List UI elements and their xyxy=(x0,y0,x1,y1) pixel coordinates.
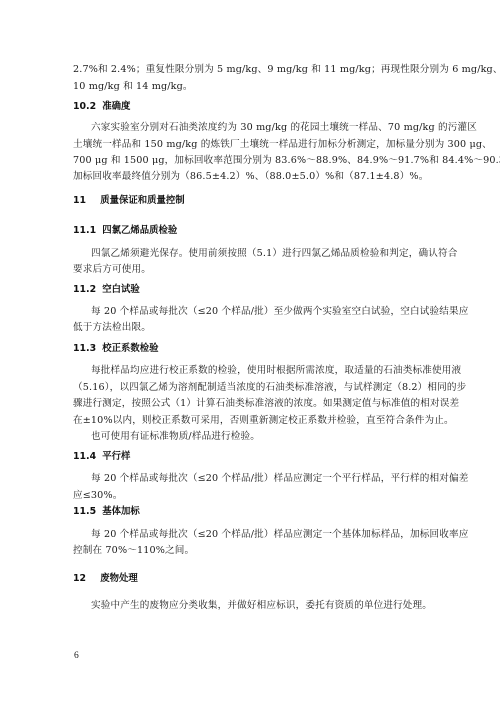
section-heading-10-2: 10.2 准确度 xyxy=(73,101,130,113)
paragraph-line: 加标回收率最终值分别为（86.5±4.2）%、（88.0±5.0）%和（87.1… xyxy=(73,171,429,183)
section-heading-11-3: 11.3 校正系数检验 xyxy=(73,343,159,355)
paragraph-line: 实验中产生的废物应分类收集，并做好相应标识，委托有资质的单位进行处理。 xyxy=(91,600,429,612)
section-title: 空白试验 xyxy=(102,284,140,295)
section-title: 基体加标 xyxy=(102,506,140,517)
section-heading-11-1: 11.1 四氯乙烯品质检验 xyxy=(73,225,177,237)
section-title: 校正系数检验 xyxy=(102,343,158,354)
section-heading-11-2: 11.2 空白试验 xyxy=(73,284,140,296)
paragraph-line: 每 20 个样品或每批次（≤20 个样品/批）样品应测定一个基体加标样品，加标回… xyxy=(91,529,429,541)
paragraph-line: 10 mg/kg 和 14 mg/kg。 xyxy=(73,81,429,93)
section-title: 平行样 xyxy=(102,451,130,462)
section-number: 10.2 xyxy=(73,101,99,113)
paragraph-line: 应≤30%。 xyxy=(73,490,429,502)
section-heading-12: 12 废物处理 xyxy=(73,573,138,585)
paragraph-line: 骤进行测定，按照公式（1）计算石油类标准溶液的浓度。如果测定值与标准值的相对误差 xyxy=(73,398,429,410)
section-number: 12 xyxy=(73,573,97,585)
section-number: 11.1 xyxy=(73,225,99,237)
paragraph-line: 每批样品均应进行校正系数的检验，使用时根据所需浓度，取适量的石油类标准使用液 xyxy=(91,365,429,377)
paragraph-line: 在±10%以内，则校正系数可采用，否则重新测定校正系数并检验，直至符合条件为止。 xyxy=(73,415,429,427)
paragraph-line: 土壤统一样品和 150 mg/kg 的炼铁厂土壤统一样品进行加标分析测定，加标量… xyxy=(73,139,429,151)
paragraph-line: 每 20 个样品或每批次（≤20 个样品/批）至少做两个实验室空白试验，空白试验… xyxy=(91,306,429,318)
document-page: 2.7%和 2.4%；重复性限分别为 5 mg/kg、9 mg/kg 和 11 … xyxy=(0,0,500,710)
section-number: 11.4 xyxy=(73,451,99,463)
paragraph-line: 700 μg 和 1500 μg，加标回收率范围分别为 83.6%～88.9%、… xyxy=(73,155,429,167)
paragraph-line: 六家实验室分别对石油类浓度约为 30 mg/kg 的花园土壤统一样品、70 mg… xyxy=(91,122,429,134)
section-heading-11: 11 质量保证和质量控制 xyxy=(73,195,185,207)
section-number: 11.5 xyxy=(73,506,99,518)
section-heading-11-4: 11.4 平行样 xyxy=(73,451,130,463)
paragraph-line: 低于方法检出限。 xyxy=(73,322,429,334)
section-number: 11.3 xyxy=(73,343,99,355)
section-number: 11.2 xyxy=(73,284,99,296)
paragraph-line: 四氯乙烯须避光保存。使用前须按照（5.1）进行四氯乙烯品质检验和判定，确认符合 xyxy=(91,248,429,260)
paragraph-line: 控制在 70%～110%之间。 xyxy=(73,545,429,557)
section-title: 四氯乙烯品质检验 xyxy=(102,225,177,236)
page-number: 6 xyxy=(74,650,79,662)
paragraph-line: （5.16），以四氯乙烯为溶剂配制适当浓度的石油类标准溶液，与试样测定（8.2）… xyxy=(73,382,429,394)
paragraph-line: 也可使用有证标准物质/样品进行检验。 xyxy=(91,431,429,443)
section-title: 废物处理 xyxy=(100,573,138,584)
paragraph-line: 要求后方可使用。 xyxy=(73,264,429,276)
paragraph-line: 每 20 个样品或每批次（≤20 个样品/批）样品应测定一个平行样品，平行样的相… xyxy=(91,473,429,485)
section-heading-11-5: 11.5 基体加标 xyxy=(73,506,140,518)
section-title: 准确度 xyxy=(102,101,130,112)
paragraph-line: 2.7%和 2.4%；重复性限分别为 5 mg/kg、9 mg/kg 和 11 … xyxy=(73,64,429,76)
section-title: 质量保证和质量控制 xyxy=(100,195,184,206)
section-number: 11 xyxy=(73,195,97,207)
